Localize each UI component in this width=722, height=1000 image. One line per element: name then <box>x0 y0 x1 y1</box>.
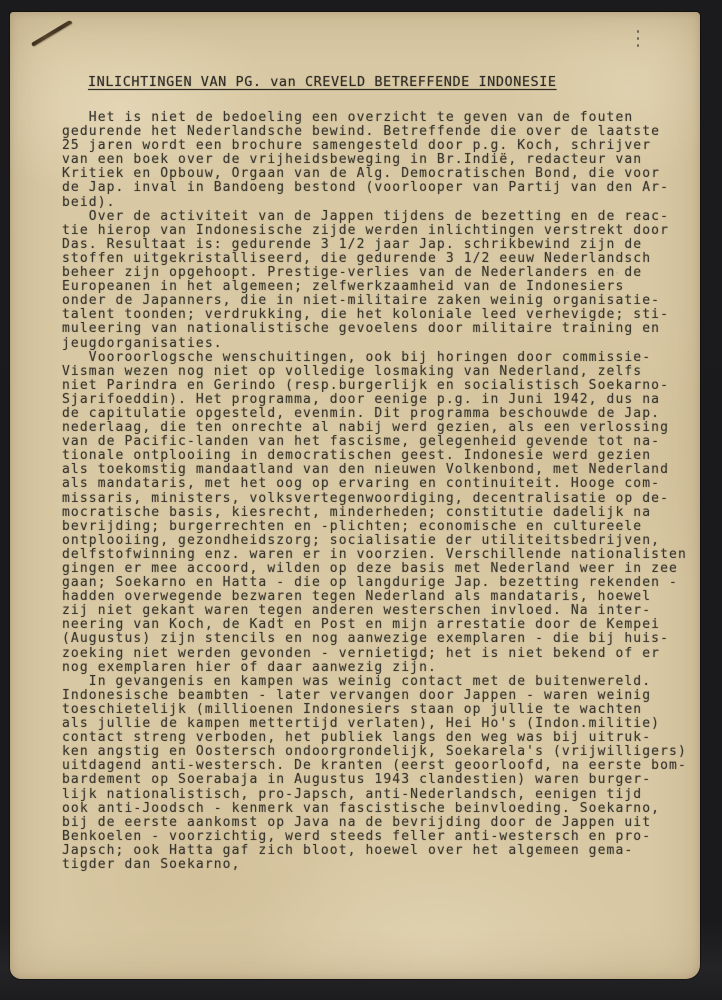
text-line: Het is niet de bedoeling een overzicht t… <box>62 111 698 125</box>
text-line: Visman wezen nog niet op volledige losma… <box>62 365 698 379</box>
paragraph-4: In gevangenis en kampen was weinig conta… <box>62 675 698 872</box>
paragraph-1: Het is niet de bedoeling een overzicht t… <box>62 111 698 210</box>
text-line: missaris, ministers, volksvertegenwoordi… <box>62 492 698 506</box>
dots-mark <box>637 30 639 51</box>
text-line: tie hierop van Indonesische zijde werden… <box>62 224 698 238</box>
paper-page: INLICHTINGEN VAN PG. van CREVELD BETREFF… <box>10 12 700 979</box>
text-line: Vooroorlogsche wenschuitingen, ook bij h… <box>62 351 698 365</box>
text-line: nog exemplaren hier of daar aanwezig zij… <box>62 661 698 675</box>
text-line: jeugdorganisaties. <box>62 337 698 351</box>
paragraph-3: Vooroorlogsche wenschuitingen, ook bij h… <box>62 351 698 675</box>
text-line: lijk nationalistisch, pro-Japsch, anti-N… <box>62 788 698 802</box>
dot-icon <box>637 44 639 47</box>
text-line: toeschietelijk (millioenen Indonesiers s… <box>62 703 698 717</box>
text-line: Japsch; ook Hatta gaf zich bloot, hoewel… <box>62 844 698 858</box>
text-line: bevrijding; burgerrechten en -plichten; … <box>62 520 698 534</box>
dot-icon <box>637 37 639 40</box>
text-line: zoeking niet werden gevonden - vernietig… <box>62 647 698 661</box>
text-line: tigder dan Soekarno, <box>62 858 698 872</box>
text-line: bij de eerste aankomst op Java na de bev… <box>62 816 698 830</box>
text-line: de Jap. inval in Bandoeng bestond (voorl… <box>62 181 698 195</box>
text-line: als mandataris, met het oog op ervaring … <box>62 477 698 491</box>
pen-stroke-mark <box>31 20 72 47</box>
text-line: mocratische basis, kiesrecht, minderhede… <box>62 506 698 520</box>
text-line: ontplooiing, gezondheidszorg; socialisat… <box>62 534 698 548</box>
text-line: beid). <box>62 196 698 210</box>
text-line: In gevangenis en kampen was weinig conta… <box>62 675 698 689</box>
text-line: de capitulatie opgesteld, evenmin. Dit p… <box>62 407 698 421</box>
text-line: gingen er mee accoord, wilden op deze ba… <box>62 562 698 576</box>
text-line: ook anti-Joodsch - kenmerk van fascistis… <box>62 802 698 816</box>
text-line: niet Parindra en Gerindo (resp.burgerlij… <box>62 379 698 393</box>
text-line: beheer zijn opgehoopt. Prestige-verlies … <box>62 266 698 280</box>
document-title: INLICHTINGEN VAN PG. van CREVELD BETREFF… <box>88 74 557 90</box>
text-line: stoffen uitgekristalliseerd, die geduren… <box>62 252 698 266</box>
text-line: delfstofwinning enz. waren er in voorzie… <box>62 548 698 562</box>
scan-background: INLICHTINGEN VAN PG. van CREVELD BETREFF… <box>0 0 722 1000</box>
dot-icon <box>637 30 639 33</box>
text-line: als jullie de kampen mettertijd verlaten… <box>62 717 698 731</box>
text-line: Indonesische beambten - later vervangen … <box>62 689 698 703</box>
paragraph-2: Over de activiteit van de Jappen tijdens… <box>62 210 698 351</box>
text-line: muleering van nationalistische gevoelens… <box>62 322 698 336</box>
document-body: Het is niet de bedoeling een overzicht t… <box>62 111 698 872</box>
text-line: Benkoelen - voorzichtig, werd steeds fel… <box>62 830 698 844</box>
text-line: Das. Resultaat is: gedurende 3 1/2 jaar … <box>62 238 698 252</box>
text-line: bardement op Soerabaja in Augustus 1943 … <box>62 773 698 787</box>
text-line: (Augustus) zijn stencils en nog aanwezig… <box>62 632 698 646</box>
text-line: Over de activiteit van de Jappen tijdens… <box>62 210 698 224</box>
text-line: Sjarifoeddin). Het programma, door eenig… <box>62 393 698 407</box>
